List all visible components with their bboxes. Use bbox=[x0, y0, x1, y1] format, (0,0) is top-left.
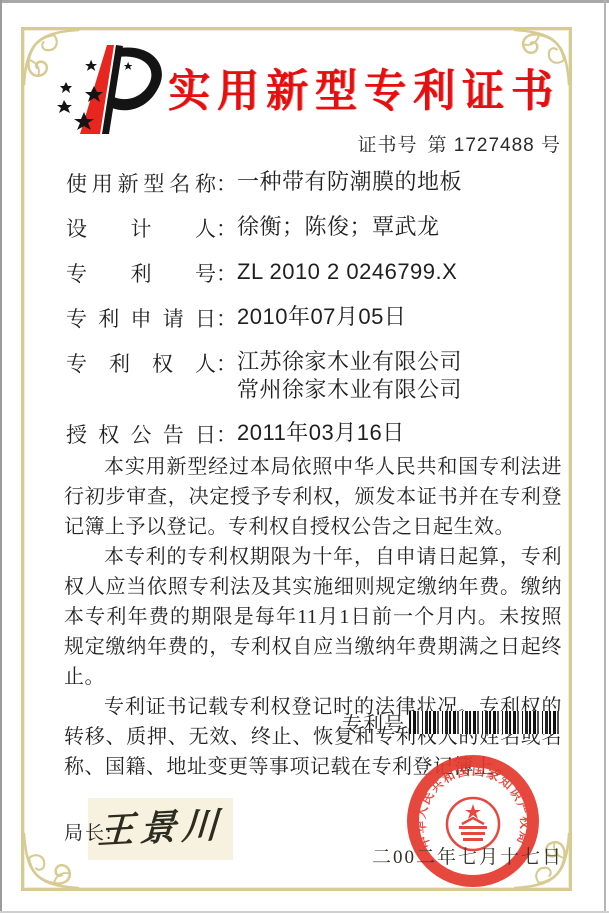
field-value-patentee: 江苏徐家木业有限公司 常州徐家木业有限公司 bbox=[237, 348, 462, 404]
field-colon: ： bbox=[216, 258, 237, 288]
field-colon: ： bbox=[216, 419, 237, 449]
field-colon: ： bbox=[216, 303, 237, 333]
field-value-designer: 徐衡；陈俊；覃武龙 bbox=[237, 213, 440, 241]
director-signature: 王景川 bbox=[97, 797, 226, 855]
scan-edge-left bbox=[0, 0, 2, 913]
certificate-number-label: 证书号 bbox=[357, 135, 417, 156]
field-label: 授权公告日 bbox=[66, 419, 216, 449]
patentee-line-2: 常州徐家木业有限公司 bbox=[237, 376, 462, 404]
field-value-grant-date: 2011年03月16日 bbox=[237, 419, 405, 447]
field-row-designer: 设计人 ： 徐衡；陈俊；覃武龙 bbox=[66, 213, 566, 243]
field-label: 专利号 bbox=[66, 258, 216, 288]
patentee-line-1: 江苏徐家木业有限公司 bbox=[237, 348, 462, 376]
field-row-grant-date: 授权公告日 ： 2011年03月16日 bbox=[66, 419, 566, 449]
field-colon: ： bbox=[216, 348, 237, 378]
field-label: 专利申请日 bbox=[66, 303, 216, 333]
field-row-filing-date: 专利申请日 ： 2010年07月05日 bbox=[66, 303, 566, 333]
field-colon: ： bbox=[216, 168, 237, 198]
patent-number-barcode-line: 专利号 bbox=[342, 708, 561, 737]
field-value-filing-date: 2010年07月05日 bbox=[237, 303, 406, 331]
barcode-icon bbox=[409, 711, 561, 734]
field-list: 使用新型名称 ： 一种带有防潮膜的地板 设计人 ： 徐衡；陈俊；覃武龙 专利号 … bbox=[66, 168, 566, 464]
field-colon: ： bbox=[216, 213, 237, 243]
certificate-title: 实用新型专利证书 bbox=[168, 57, 568, 120]
barcode-label: 专利号 bbox=[342, 708, 405, 737]
field-row-patentee: 专利权人 ： 江苏徐家木业有限公司 常州徐家木业有限公司 bbox=[66, 348, 566, 404]
issue-date: 二00二年七月十七日 bbox=[372, 842, 563, 869]
certificate-number: 证书号第 1727488 号 bbox=[357, 130, 561, 157]
field-row-patent-number: 专利号 ： ZL 2010 2 0246799.X bbox=[66, 258, 566, 288]
field-label: 专利权人 bbox=[66, 348, 216, 378]
body-paragraph-1: 本实用新型经过本局依照中华人民共和国专利法进行初步审查，决定授予专利权，颁发本证… bbox=[64, 452, 562, 542]
field-row-utility-model-name: 使用新型名称 ： 一种带有防潮膜的地板 bbox=[66, 168, 566, 198]
body-paragraph-2: 本专利的专利权期限为十年，自申请日起算，专利权人应当依照专利法及其实施细则规定缴… bbox=[64, 542, 562, 692]
scan-edge-right bbox=[604, 0, 606, 913]
field-value-patent-number: ZL 2010 2 0246799.X bbox=[237, 258, 457, 286]
field-label: 设计人 bbox=[66, 213, 216, 243]
field-value-utility-model-name: 一种带有防潮膜的地板 bbox=[237, 168, 462, 196]
cnipa-logo-icon bbox=[50, 42, 172, 150]
scan-edge-top bbox=[0, 0, 609, 3]
patent-certificate-page: 实用新型专利证书 证书号第 1727488 号 使用新型名称 ： 一种带有防潮膜… bbox=[0, 0, 609, 913]
field-label: 使用新型名称 bbox=[66, 168, 216, 198]
certificate-number-value: 第 1727488 号 bbox=[427, 135, 561, 156]
